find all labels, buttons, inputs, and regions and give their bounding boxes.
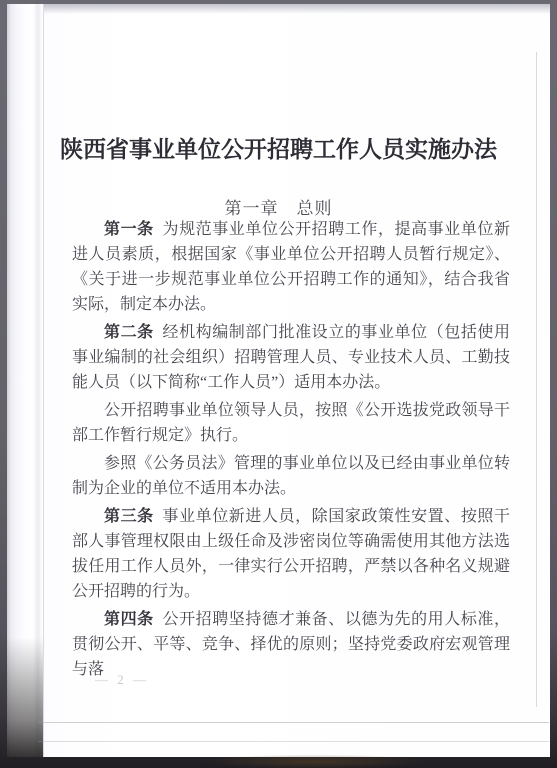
article-number: 第三条	[104, 508, 154, 525]
under-sheet-edge-line	[38, 722, 549, 723]
article-number: 第四条	[104, 611, 154, 628]
article-number: 第一条	[104, 221, 154, 238]
chapter-heading: 第一章 总则	[7, 194, 550, 219]
document-title: 陕西省事业单位公开招聘工作人员实施办法	[7, 131, 550, 164]
document-paragraph: 第四条公开招聘坚持德才兼备、以德为先的用人标准，贯彻公开、平等、竞争、择优的原则…	[72, 607, 510, 682]
document-paragraph: 第二条经机构编制部门批准设立的事业单位（包括使用事业编制的社会组织）招聘管理人员…	[72, 320, 510, 395]
scan-smudge	[165, 752, 465, 768]
under-sheet-edge-line	[38, 741, 549, 742]
page-stack-edge-line	[536, 52, 537, 707]
document-body: 第一条为规范事业单位公开招聘工作，提高事业单位新进人员素质，根据国家《事业单位公…	[72, 217, 510, 685]
document-paragraph: 第三条事业单位新进人员，除国家政策性安置、按照干部人事管理权限由上级任命及涉密岗…	[72, 504, 510, 604]
paragraph-text: 公开招聘事业单位领导人员，按照《公开选拔党政领导干部工作暂行规定》执行。	[72, 402, 510, 444]
document-paragraph: 公开招聘事业单位领导人员，按照《公开选拔党政领导干部工作暂行规定》执行。	[72, 398, 510, 448]
page-curl-edge	[7, 4, 44, 757]
scanned-page: 陕西省事业单位公开招聘工作人员实施办法 第一章 总则 第一条为规范事业单位公开招…	[0, 0, 557, 768]
document-paragraph: 参照《公务员法》管理的事业单位以及已经由事业单位转制为企业的单位不适用本办法。	[72, 451, 510, 501]
paper: 陕西省事业单位公开招聘工作人员实施办法 第一章 总则 第一条为规范事业单位公开招…	[7, 4, 550, 757]
paragraph-text: 参照《公务员法》管理的事业单位以及已经由事业单位转制为企业的单位不适用本办法。	[72, 455, 510, 497]
article-number: 第二条	[104, 324, 154, 341]
page-number: — 2 —	[77, 672, 167, 688]
document-paragraph: 第一条为规范事业单位公开招聘工作，提高事业单位新进人员素质，根据国家《事业单位公…	[72, 217, 510, 317]
